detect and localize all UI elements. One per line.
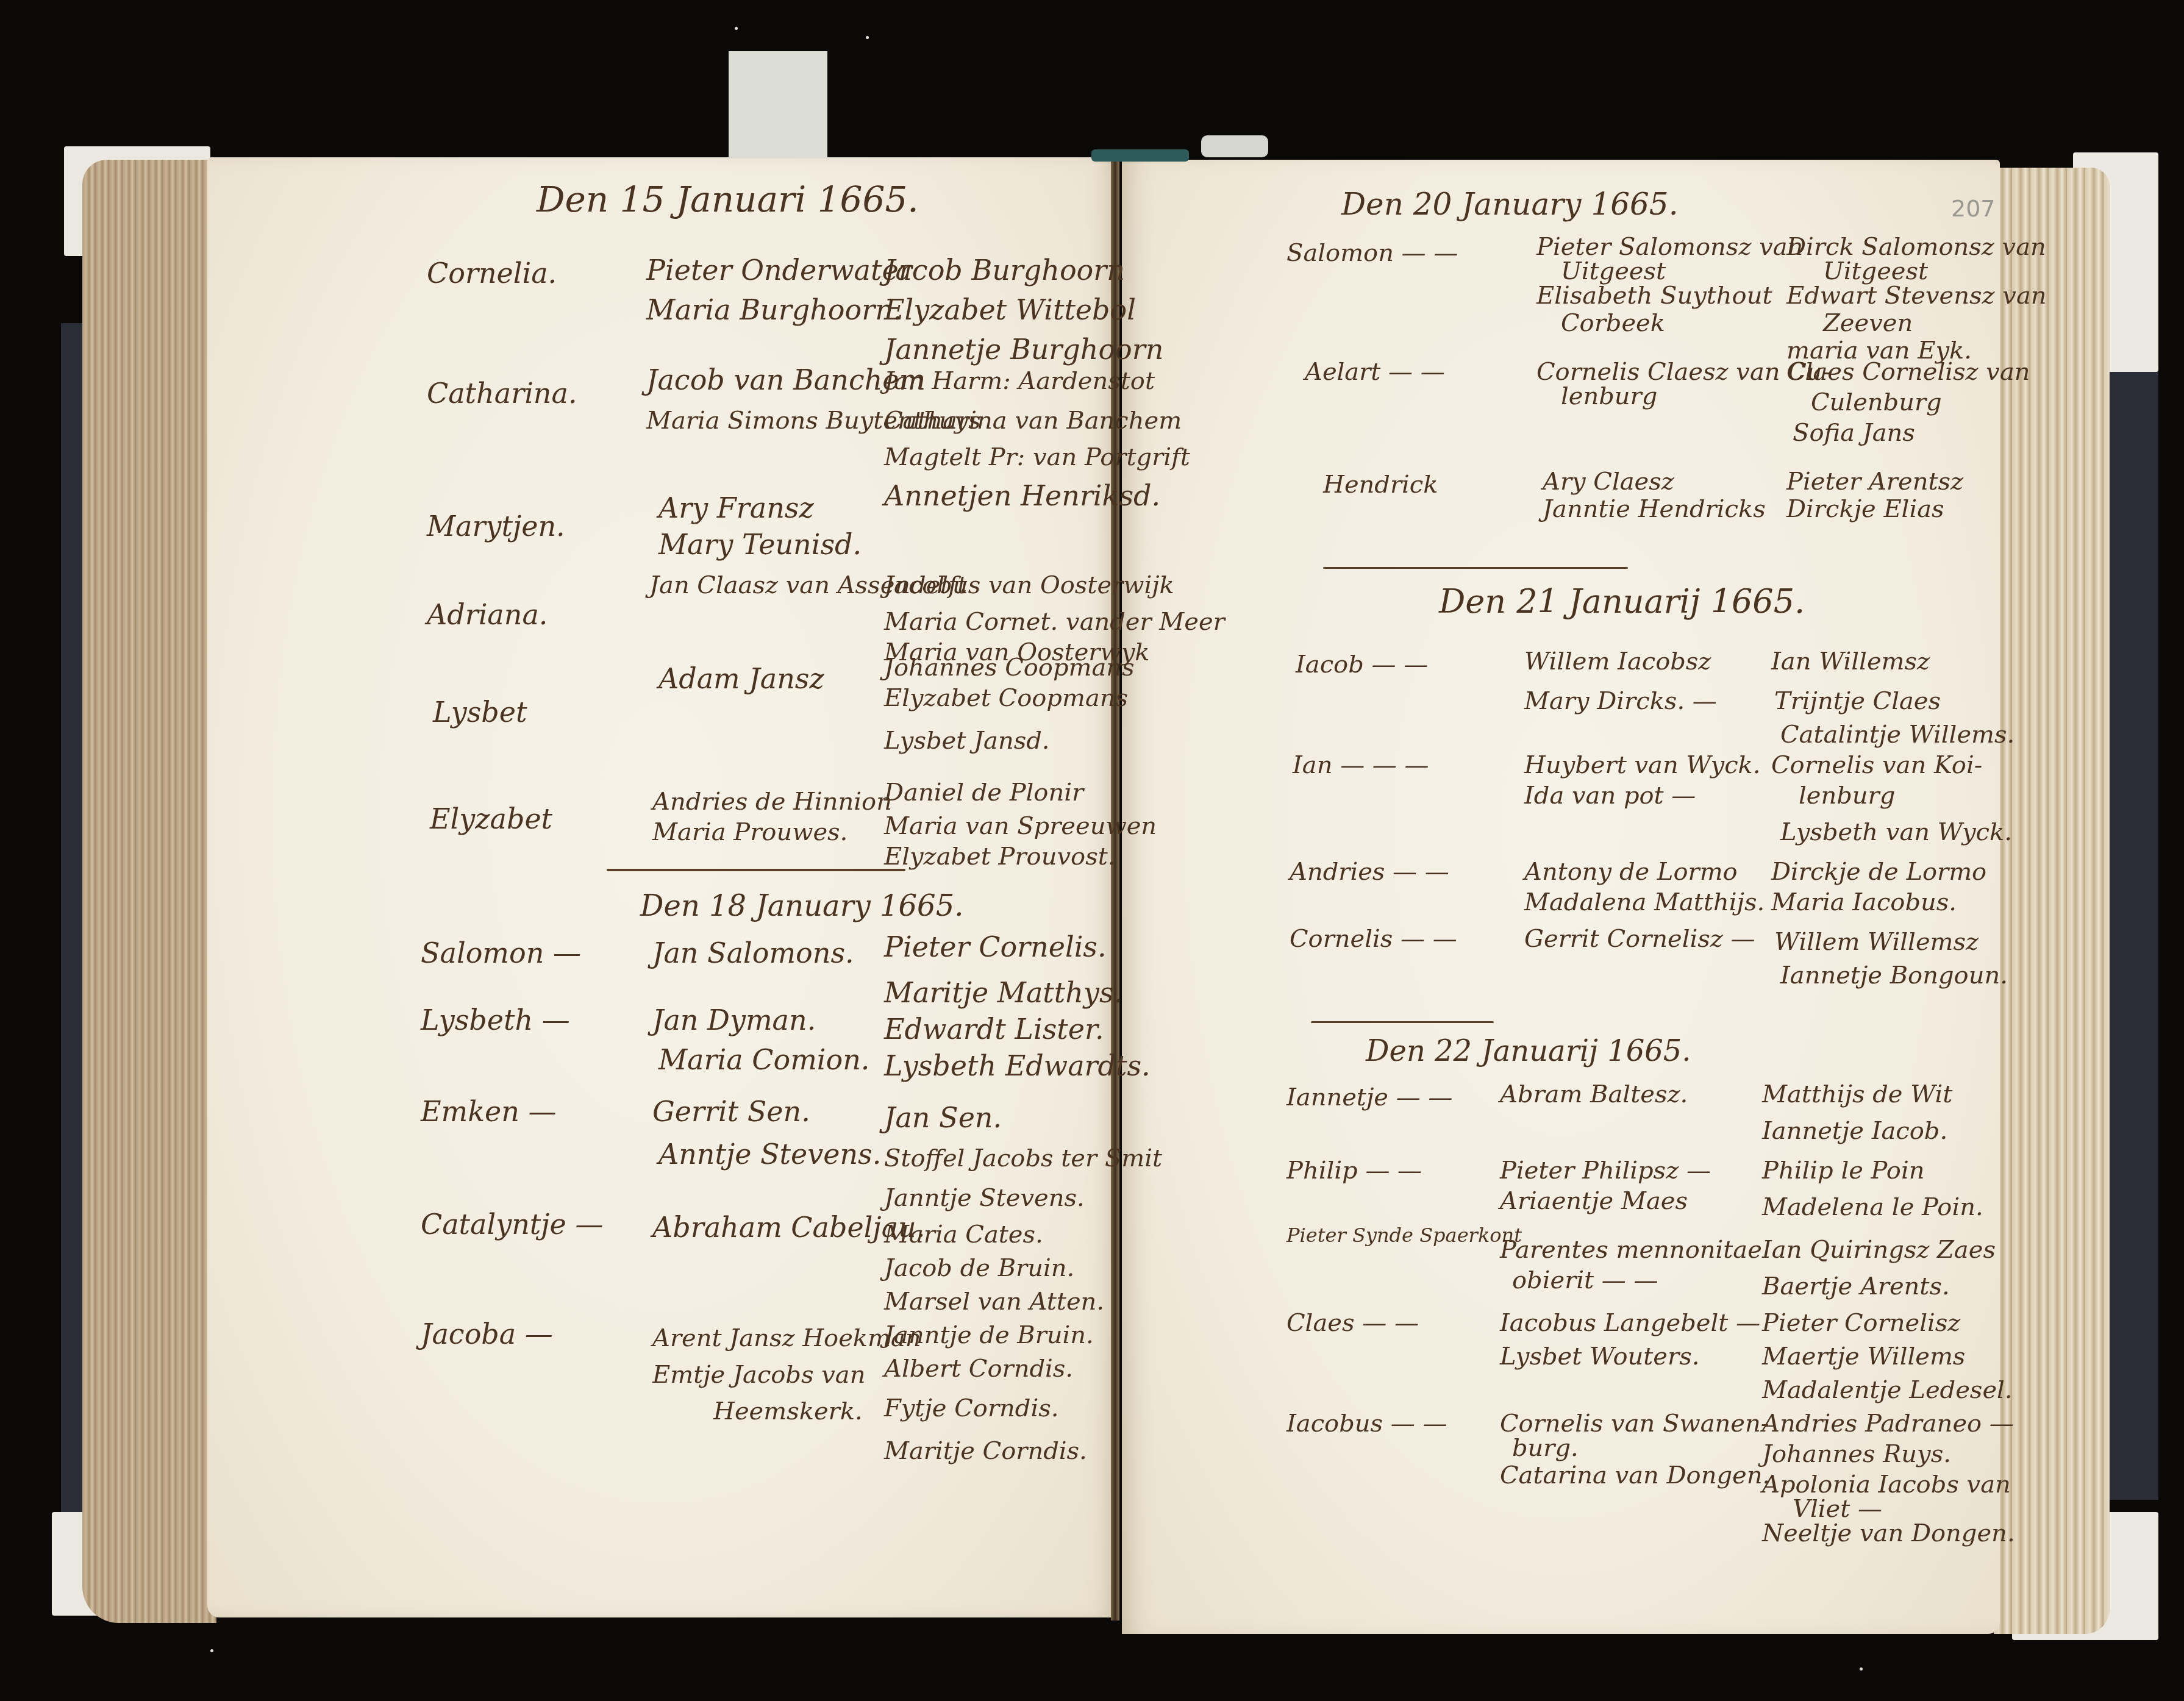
parent-name: burg. <box>1512 1436 1579 1460</box>
witness-name: Johannes Coopmans <box>884 655 1135 680</box>
date-header: Den 15 Januari 1665. <box>537 182 919 217</box>
dust-speck <box>866 36 869 39</box>
witness-name: Edwardt Lister. <box>884 1015 1104 1043</box>
witness-name: Philip le Poin <box>1762 1158 1924 1183</box>
child-name: Pieter Synde Spaerkont <box>1286 1225 1522 1245</box>
parent-name: Madalena Matthijs. <box>1524 890 1765 915</box>
parent-name: Antony de Lormo <box>1524 860 1738 884</box>
parent-name: Abram Baltesz. <box>1500 1082 1688 1107</box>
witness-name: Edwart Stevensz van <box>1786 283 2047 308</box>
child-name: Iacob — — <box>1296 652 1428 677</box>
witness-name: Magtelt Pr: van Portgrift <box>884 445 1190 469</box>
child-name: Aelart — — <box>1305 360 1445 384</box>
parent-name: Huybert van Wyck. <box>1524 753 1761 777</box>
witness-name: Ian Quiringsz Zaes <box>1762 1238 1996 1262</box>
child-name: Iannetje — — <box>1286 1085 1452 1110</box>
parent-name: Maria Prouwes. <box>652 820 848 844</box>
child-name: Catharina. <box>427 379 577 407</box>
folio-number: 207 <box>1951 195 1996 222</box>
witness-name: Jacobus van Oosterwijk <box>884 573 1174 597</box>
parent-name: Maria Burghoorn. <box>646 296 902 324</box>
child-name: Ian — — — <box>1293 753 1429 777</box>
witness-name: Madalentje Ledesel. <box>1762 1378 2013 1402</box>
witness-name: Apolonia Iacobs van <box>1762 1472 2011 1497</box>
witness-name: Vliet — <box>1793 1497 1882 1521</box>
witness-name: Jacob de Bruin. <box>884 1256 1074 1280</box>
child-name: Marytjen. <box>427 512 565 540</box>
child-name: Andries — — <box>1290 860 1449 884</box>
witness-name: Maertje Willems <box>1762 1344 1965 1369</box>
witness-name: Maria van Spreeuwen <box>884 814 1157 838</box>
parent-name: Pieter Philipsz — <box>1500 1158 1711 1183</box>
witness-name: Dirckje de Lormo <box>1771 860 1986 884</box>
section-divider <box>607 869 905 871</box>
parent-name: Mary Teunisd. <box>658 530 862 558</box>
child-name: Lysbeth — <box>421 1006 570 1034</box>
child-name: Jacoba — <box>421 1320 553 1348</box>
witness-name: Andries Padraneo — <box>1762 1411 2014 1436</box>
parent-name: Elisabeth Suythout <box>1536 283 1772 308</box>
parent-name: Andries de Hinnion <box>652 790 892 814</box>
witness-name: Claes Cornelisz van <box>1786 360 2030 384</box>
parent-name: Janntie Hendricks <box>1543 497 1766 521</box>
witness-name: Iannetje Iacob. <box>1762 1119 1947 1143</box>
parent-name: Mary Dircks. — <box>1524 689 1717 713</box>
witness-name: Baertje Arents. <box>1762 1274 1950 1299</box>
dust-speck <box>210 1649 213 1652</box>
parent-name: Anntje Stevens. <box>658 1140 881 1168</box>
parent-name: Iacobus Langebelt — <box>1500 1311 1760 1335</box>
parent-name: Parentes mennonitae <box>1500 1238 1762 1262</box>
parent-name: Willem Iacobsz <box>1524 649 1711 674</box>
parent-name: Emtje Jacobs van <box>652 1363 865 1387</box>
witness-name: Janntje Stevens. <box>884 1186 1085 1210</box>
child-name: Salomon — <box>421 939 581 967</box>
witness-name: Dirck Salomonsz van <box>1786 235 2046 259</box>
witness-name: Catalintje Willems. <box>1780 722 2014 747</box>
witness-name: Jannetje Burghoorn <box>884 335 1163 363</box>
child-name: Claes — — <box>1286 1311 1419 1335</box>
witness-name: Annetjen Henriksd. <box>884 482 1160 510</box>
parent-name: Ary Claesz <box>1543 469 1674 494</box>
parent-name: Maria Comion. <box>658 1046 869 1074</box>
witness-name: Maria Iacobus. <box>1771 890 1957 915</box>
witness-name: Stoffel Jacobs ter Smit <box>884 1146 1162 1171</box>
date-header: Den 18 January 1665. <box>640 891 963 921</box>
parent-name: Ary Fransz <box>658 494 814 522</box>
child-name: Philip — — <box>1286 1158 1422 1183</box>
witness-name: Culenburg <box>1811 390 1942 415</box>
parent-name: obierit — — <box>1512 1268 1658 1293</box>
parent-name: Pieter Onderwater <box>646 256 912 284</box>
child-name: Cornelis — — <box>1290 927 1457 951</box>
witness-name: Jan Harm: Aardenstot <box>884 369 1155 393</box>
witness-name: Sofia Jans <box>1793 421 1915 445</box>
date-header: Den 20 January 1665. <box>1341 189 1679 219</box>
parent-name: Gerrit Cornelisz — <box>1524 927 1755 951</box>
tissue-tab <box>1201 135 1268 157</box>
page-edges-left <box>82 160 216 1623</box>
witness-name: Elyzabet Wittebol <box>884 296 1136 324</box>
witness-name: Iannetje Bongoun. <box>1780 963 2008 988</box>
dust-speck <box>1860 1667 1863 1671</box>
child-name: Emken — <box>421 1097 557 1125</box>
dust-speck <box>735 27 738 30</box>
section-divider <box>1311 1021 1494 1023</box>
ribbon-marker <box>1091 149 1189 162</box>
witness-name: Willem Willemsz <box>1774 930 1979 954</box>
child-name: Iacobus — — <box>1286 1411 1447 1436</box>
witness-name: Jacob Burghoorn <box>884 256 1125 284</box>
witness-name: Daniel de Plonir <box>884 780 1083 805</box>
child-name: Catalyntje — <box>421 1210 603 1238</box>
parent-name: Arent Jansz Hoekman <box>652 1326 921 1350</box>
parent-name: Cornelis van Swanen- <box>1500 1411 1769 1436</box>
witness-name: Elyzabet Coopmans <box>884 686 1128 710</box>
parent-name: Adam Jansz <box>658 665 824 693</box>
witness-name: Jan Sen. <box>884 1104 1002 1132</box>
witness-name: Trijntje Claes <box>1774 689 1941 713</box>
parent-name: Lysbet Wouters. <box>1500 1344 1699 1369</box>
witness-name: Matthijs de Wit <box>1762 1082 1952 1107</box>
witness-name: Lysbet Jansd. <box>884 729 1050 753</box>
child-name: Lysbet <box>433 698 527 726</box>
child-name: Adriana. <box>427 601 548 629</box>
witness-name: Maritje Matthys. <box>884 979 1122 1007</box>
parent-name: Ariaentje Maes <box>1500 1189 1688 1213</box>
witness-name: Ian Willemsz <box>1771 649 1930 674</box>
witness-name: Marsel van Atten. <box>884 1289 1104 1314</box>
witness-name: Zeeven <box>1823 311 1913 335</box>
date-header: Den 22 Januarij 1665. <box>1366 1036 1691 1066</box>
witness-name: Catharina van Banchem <box>884 408 1182 433</box>
parent-name: Pieter Salomonsz van <box>1536 235 1803 259</box>
witness-name: Johannes Ruys. <box>1762 1442 1951 1466</box>
witness-name: Maria Cornet. vander Meer <box>884 610 1225 634</box>
date-header: Den 21 Januarij 1665. <box>1439 585 1805 618</box>
binding-board-right <box>2110 341 2158 1500</box>
witness-name: Elyzabet Prouvost. <box>884 844 1115 869</box>
parent-name: Jan Dyman. <box>652 1006 816 1034</box>
child-name: Cornelia. <box>427 259 557 287</box>
witness-name: Pieter Cornelis. <box>884 933 1107 961</box>
witness-name: Maria Cates. <box>884 1222 1043 1247</box>
parent-name: Catarina van Dongen. <box>1500 1463 1770 1488</box>
parent-name: Jan Salomons. <box>652 939 854 967</box>
witness-name: Cornelis van Koi- <box>1771 753 1982 777</box>
witness-name: Dirckje Elias <box>1786 497 1944 521</box>
parent-name: Heemskerk. <box>713 1399 863 1424</box>
child-name: Elyzabet <box>430 805 552 833</box>
parent-name: Gerrit Sen. <box>652 1097 810 1125</box>
witness-name: Maritje Corndis. <box>884 1439 1087 1463</box>
section-divider <box>1323 567 1628 569</box>
parent-name: Uitgeest <box>1561 259 1666 283</box>
parent-name: Ida van pot — <box>1524 783 1696 808</box>
witness-name: Fytje Corndis. <box>884 1396 1058 1421</box>
witness-name: Lysbeth Edwardts. <box>884 1052 1151 1080</box>
child-name: Salomon — — <box>1286 241 1458 265</box>
witness-name: Uitgeest <box>1823 259 1928 283</box>
witness-name: lenburg <box>1799 783 1895 808</box>
witness-name: Lysbeth van Wyck. <box>1780 820 2012 844</box>
paper-slip-bookmark <box>729 51 827 159</box>
witness-name: Pieter Arentsz <box>1786 469 1963 494</box>
witness-name: Pieter Cornelisz <box>1762 1311 1960 1335</box>
parent-name: lenburg <box>1561 384 1657 408</box>
parent-name: Corbeek <box>1561 311 1665 335</box>
witness-name: Neeltje van Dongen. <box>1762 1521 2015 1546</box>
witness-name: Albert Corndis. <box>884 1357 1073 1381</box>
witness-name: Madelena le Poin. <box>1762 1195 1983 1219</box>
child-name: Hendrick <box>1323 472 1438 497</box>
